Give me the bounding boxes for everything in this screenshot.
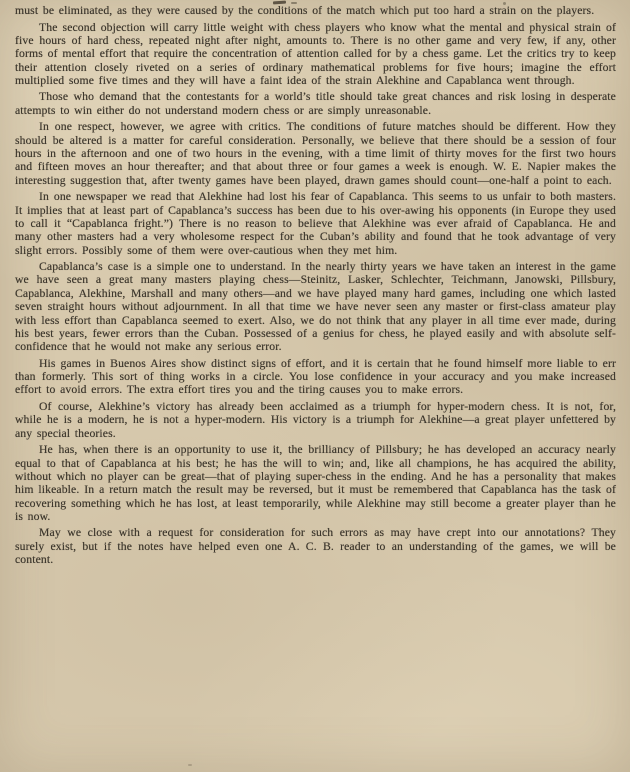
scan-artifact (188, 764, 192, 766)
paragraph-those-who-demand: Those who demand that the contestants fo… (15, 90, 616, 117)
paragraph-second-objection: The second objection will carry little w… (15, 21, 616, 88)
paragraph-future-matches: In one respect, however, we agree with c… (15, 120, 616, 187)
paragraph-hypermodern: Of course, Alekhine’s victory has alread… (15, 400, 616, 440)
paragraph-buenos-aires: His games in Buenos Aires show distinct … (15, 357, 616, 397)
book-page: must be eliminated, as they were caused … (0, 0, 630, 772)
paragraph-capablancas-case: Capablanca’s case is a simple one to und… (15, 260, 616, 353)
paragraph-continuation: must be eliminated, as they were caused … (15, 4, 616, 17)
scan-artifact (503, 2, 506, 5)
paragraph-closing-request: May we close with a request for consider… (15, 526, 616, 566)
paragraph-capablanca-fright: In one newspaper we read that Alekhine h… (15, 190, 616, 257)
paragraph-brilliancy: He has, when there is an opportunity to … (15, 443, 616, 523)
scan-artifact (291, 2, 297, 4)
